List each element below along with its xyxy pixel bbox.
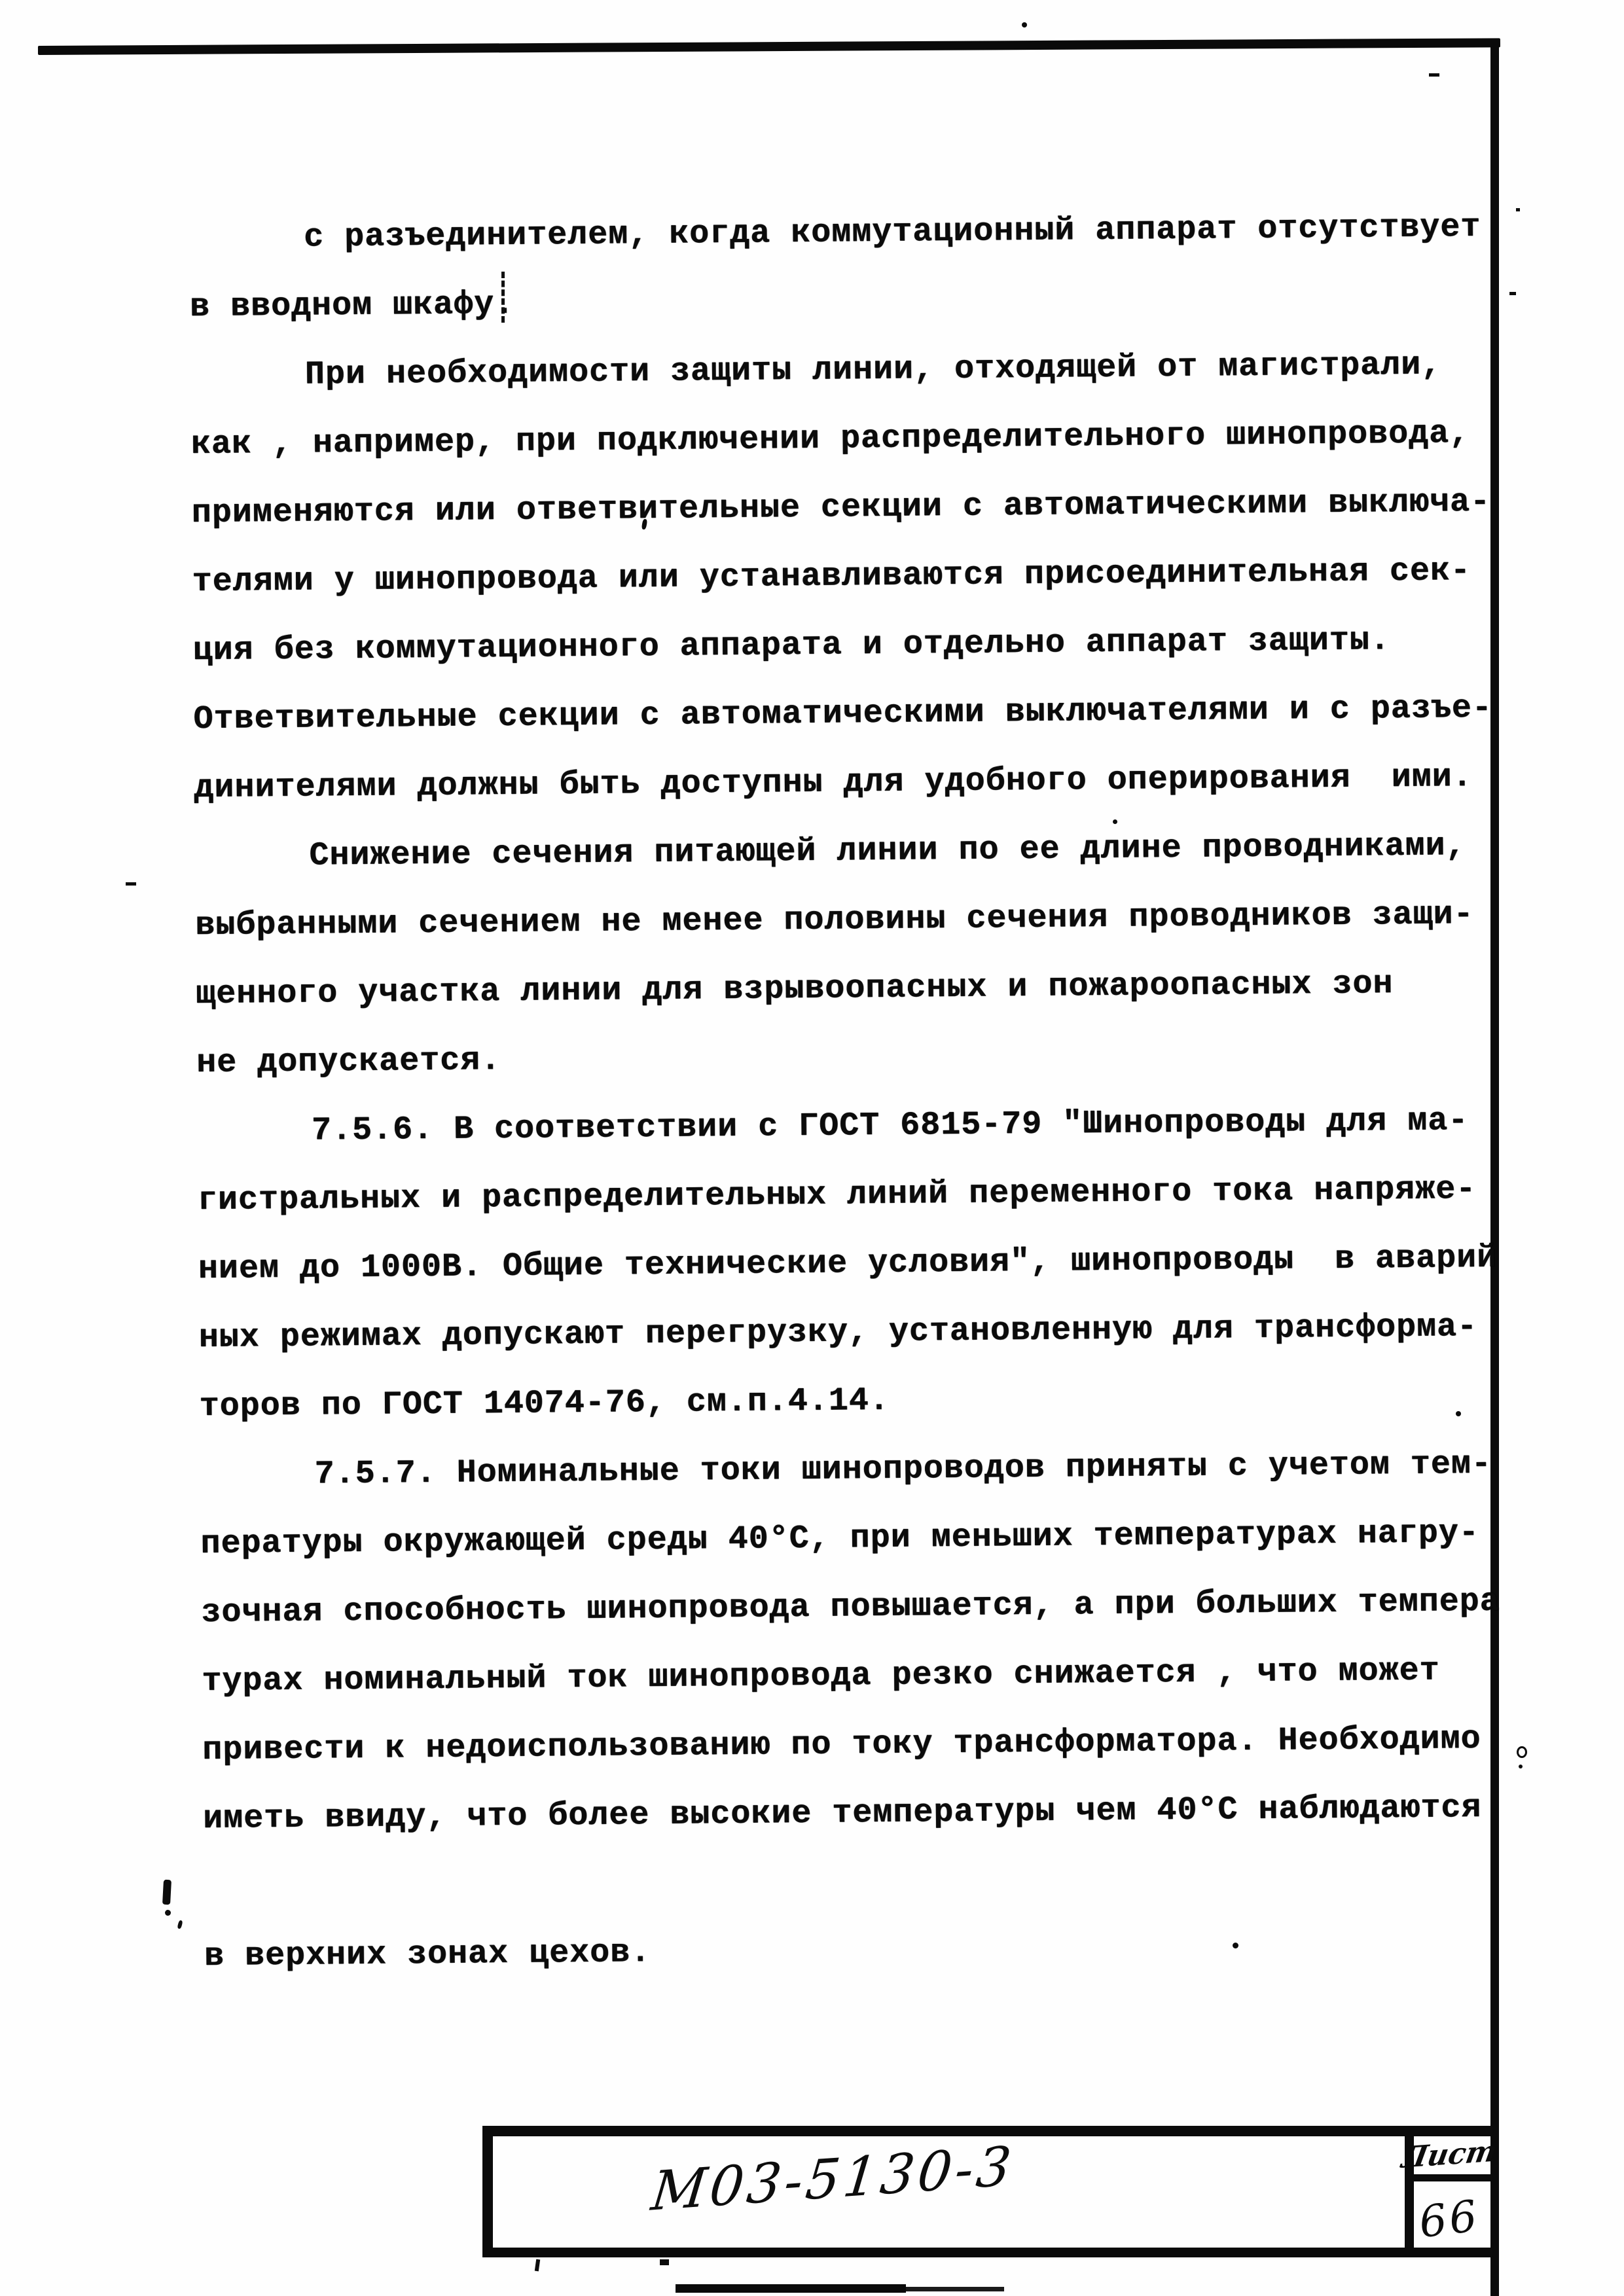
text-line: иметь ввиду, что более высокие температу… <box>203 1773 1545 1854</box>
text-line: в вводном шкафу. <box>190 261 1532 342</box>
page-bottom-edge <box>906 2287 1004 2291</box>
text-line: ция без коммутационного аппарата и отдел… <box>192 605 1535 685</box>
text-line: привести к недоиспользованию по току тра… <box>202 1704 1545 1785</box>
footer-box-border <box>482 2248 1492 2257</box>
text-line: ных режимах допускают перегрузку, устано… <box>198 1292 1541 1372</box>
text-line: Ответвительные секции с автоматическими … <box>193 673 1536 754</box>
text-line: в верхних зонах цехов. <box>204 1910 1547 1991</box>
scan-artifact <box>1519 1765 1523 1768</box>
scan-artifact <box>1429 73 1439 77</box>
scan-artifact <box>177 1920 183 1929</box>
document-body: с разъединителем, когда коммутационный а… <box>189 192 1547 1991</box>
text-line: с разъединителем, когда коммутационный а… <box>189 192 1532 273</box>
scan-artifact <box>1516 208 1520 211</box>
text-line: динителями должны быть доступны для удоб… <box>194 742 1536 823</box>
text-line: выбранными сечением не менее половины се… <box>195 880 1538 960</box>
text-line: не допускается. <box>196 1017 1539 1098</box>
scan-artifact <box>535 2259 540 2272</box>
scan-artifact <box>1022 22 1027 27</box>
text-line: торов по ГОСТ 14074-76, см.п.4.14. <box>199 1361 1542 1441</box>
page-top-border <box>38 38 1500 55</box>
text-line: нием до 1000В. Общие технические условия… <box>198 1223 1540 1304</box>
text-line: Снижение сечения питающей линии по ее дл… <box>194 811 1537 891</box>
footer-box-border <box>482 2126 1492 2136</box>
text-line: телями у шинопровода или устанавливаются… <box>192 536 1534 617</box>
scan-artifact <box>1233 1943 1238 1948</box>
scan-artifact <box>165 1910 171 1916</box>
scan-artifact <box>126 882 136 886</box>
scan-artifact <box>1456 1411 1461 1416</box>
text-line: турах номинальный ток шинопровода резко … <box>202 1636 1544 1716</box>
text-line <box>204 1842 1546 1922</box>
scanned-page: с разъединителем, когда коммутационный а… <box>0 0 1624 2296</box>
footer-box-divider <box>1409 2174 1492 2181</box>
text-line: 7.5.6. В соответствии с ГОСТ 6815-79 "Ши… <box>197 1086 1540 1166</box>
text-line: щенного участка линии для взрывоопасных … <box>196 948 1538 1029</box>
scan-artifact <box>1509 292 1516 295</box>
text-line: пературы окружающей среды 40°С, при мень… <box>200 1498 1543 1579</box>
footer-doc-number: М03-5130-3 <box>649 2135 1017 2223</box>
scan-artifact <box>1517 1746 1527 1758</box>
page-bottom-edge <box>676 2284 906 2293</box>
scan-artifact <box>660 2259 669 2265</box>
text-line: как , например, при подключении распреде… <box>190 399 1533 479</box>
scan-artifact <box>1113 819 1117 824</box>
footer-page-number: 66 <box>1416 2191 1483 2248</box>
text-line: 7.5.7. Номинальные токи шинопроводов при… <box>200 1429 1542 1510</box>
text-line: применяются или ответвительные секции с … <box>191 467 1534 548</box>
text-line: При необходимости защиты линии, отходяще… <box>190 330 1532 410</box>
text-line: гистральных и распределительных линий пе… <box>197 1155 1540 1235</box>
scan-artifact <box>162 1880 171 1905</box>
footer-box-border <box>482 2126 493 2257</box>
scan-artifact <box>501 272 505 323</box>
text-line: зочная способность шинопровода повышаетс… <box>201 1567 1543 1647</box>
